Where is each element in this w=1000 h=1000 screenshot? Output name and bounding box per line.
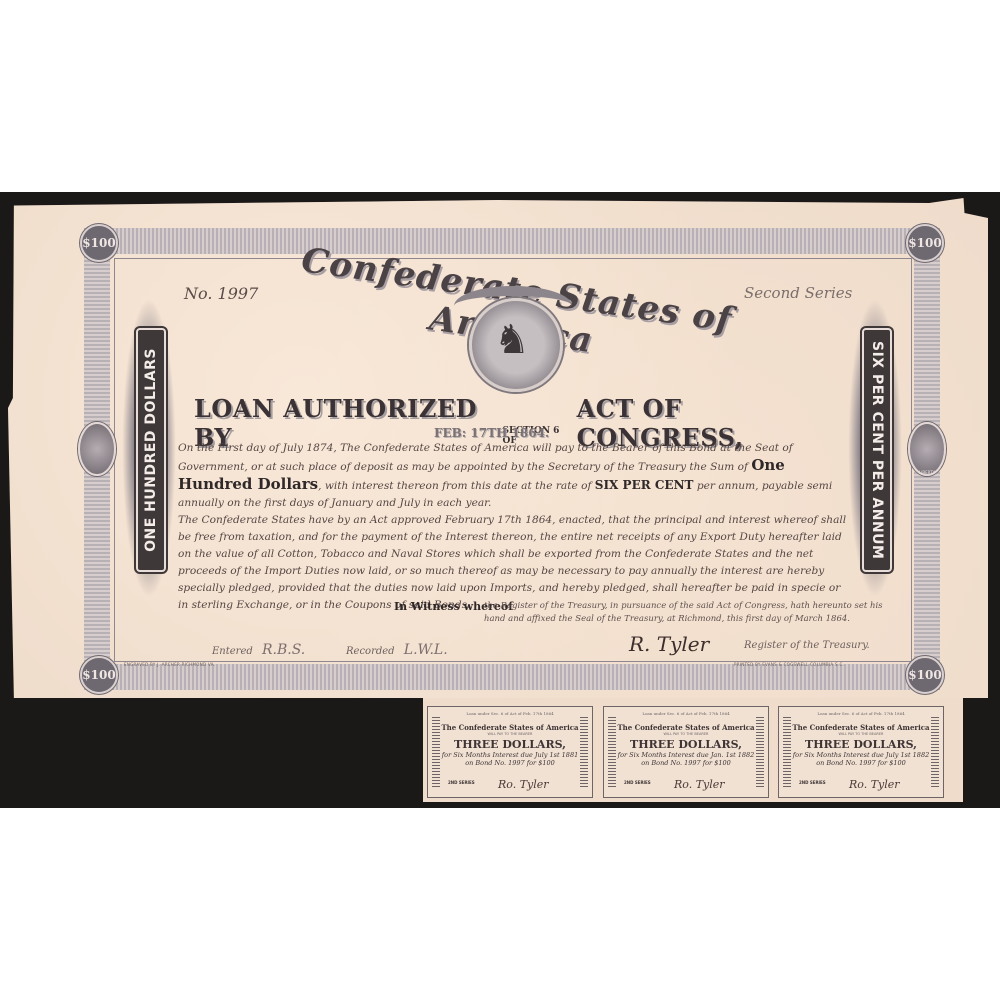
bond-frame: $100 $100 $100 $100 LIBERTY ONE HUNDRED … xyxy=(84,228,940,690)
left-ornament-panel: ONE HUNDRED DOLLARS xyxy=(122,298,176,598)
coupon: Loan under Sec. 6 of Act of Feb. 17th 18… xyxy=(778,706,944,798)
coupon-signature: Ro. Tyler xyxy=(849,778,900,791)
witness-text: the Register of the Treasury, in pursuan… xyxy=(484,600,904,626)
interest-rate-text: SIX PER CENT PER ANNUM xyxy=(869,341,885,559)
coupon-due-date: for Six Months Interest due July 1st 188… xyxy=(428,751,592,759)
coupon-signature: Ro. Tyler xyxy=(498,778,549,791)
coupon-amount: THREE DOLLARS, xyxy=(428,738,592,751)
coupon-due-date: for Six Months Interest due Jan. 1st 188… xyxy=(604,751,768,759)
seated-figure-vignette-icon xyxy=(78,422,116,476)
series-label: Second Series xyxy=(744,284,852,302)
coupon: Loan under Sec. 6 of Act of Feb. 17th 18… xyxy=(427,706,593,798)
register-label: Register of the Treasury. xyxy=(744,640,870,651)
right-ornament-panel: SIX PER CENT PER ANNUM xyxy=(848,298,902,598)
engraver-imprint: ENGRAVED BY J. ARCHER RICHMOND VA. xyxy=(124,662,215,667)
serial-number: No. 1997 xyxy=(184,284,258,303)
printer-imprint: PRINTED BY EVANS & COGSWELL COLUMBIA S.C… xyxy=(734,662,844,667)
interest-rate: SIX PER CENT xyxy=(595,478,694,492)
corner-denomination-icon: $100 xyxy=(80,224,118,262)
equestrian-statue-medallion-icon: ♞ xyxy=(469,298,563,392)
coupon-amount: THREE DOLLARS, xyxy=(604,738,768,751)
border-top xyxy=(84,228,940,254)
recorded-field: Recorded L.W.L. xyxy=(346,642,448,658)
denomination-panel: ONE HUNDRED DOLLARS xyxy=(136,328,166,572)
act-date: FEB: 17TH 1864. xyxy=(434,426,549,440)
coupon-signature: Ro. Tyler xyxy=(674,778,725,791)
horse-rider-icon: ♞ xyxy=(494,317,530,363)
border-bottom xyxy=(84,664,940,690)
coupon: Loan under Sec. 6 of Act of Feb. 17th 18… xyxy=(603,706,769,798)
bond-terms: On the First day of July 1874, The Confe… xyxy=(178,440,848,614)
denomination-text: ONE HUNDRED DOLLARS xyxy=(143,348,159,552)
register-signature: R. Tyler xyxy=(629,632,709,656)
coupon-strip: Loan under Sec. 6 of Act of Feb. 17th 18… xyxy=(423,698,963,802)
interest-rate-panel: SIX PER CENT PER ANNUM xyxy=(862,328,892,572)
corner-denomination-icon: $100 xyxy=(906,656,944,694)
liberty-vignette-icon: LIBERTY xyxy=(908,422,946,476)
coupon-due-date: for Six Months Interest due July 1st 188… xyxy=(779,751,943,759)
corner-denomination-icon: $100 xyxy=(906,224,944,262)
corner-denomination-icon: $100 xyxy=(80,656,118,694)
vignette-caption: LIBERTY xyxy=(910,470,944,475)
coupon-amount: THREE DOLLARS, xyxy=(779,738,943,751)
entered-field: Entered R.B.S. xyxy=(212,642,305,658)
